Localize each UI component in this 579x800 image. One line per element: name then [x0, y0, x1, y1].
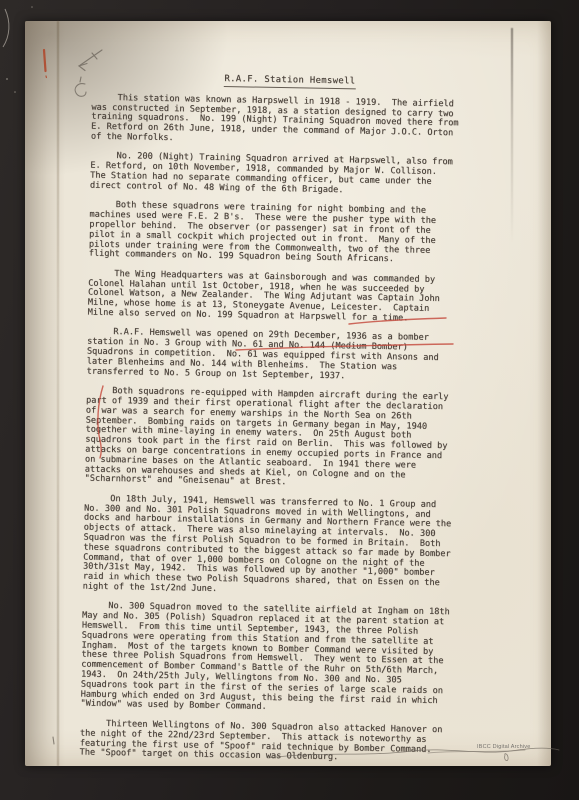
left-fold-crease [57, 21, 59, 766]
document-paragraph: No. 200 (Night) Training Squadron arrive… [90, 152, 463, 198]
typewritten-content: R.A.F. Station Hemswell This station was… [79, 73, 464, 775]
mount-speck [6, 78, 8, 80]
mount-speck [31, 6, 33, 8]
page-title: R.A.F. Station Hemswell [224, 75, 355, 89]
document-paragraph: Thirteen Wellingtons of No. 300 Squadron… [79, 719, 452, 765]
document-page: R.A.F. Station Hemswell This station was… [25, 21, 551, 766]
document-paragraph: This station was known as Harpswell in 1… [91, 93, 464, 149]
document-paragraph: The Wing Headquarters was at Gainsboroug… [88, 269, 461, 325]
scanned-document-photo: { "doc": { "title": "R.A.F. Station Hems… [0, 0, 579, 800]
document-paragraph: No. 300 Squadron moved to the satellite … [80, 602, 454, 717]
document-paragraph: On 18th July, 1941, Hemswell was transfe… [83, 494, 457, 599]
right-edge-shadow [537, 21, 551, 766]
right-fold-crease [511, 28, 513, 243]
left-edge-shadow [25, 21, 65, 766]
document-paragraph: Both squadrons re-equipped with Hampden … [84, 387, 458, 492]
document-paragraph: Both these squadrons were training for n… [89, 201, 462, 267]
mount-scratch [3, 9, 9, 47]
watermark-text: IBCC Digital Archive [477, 744, 531, 750]
document-paragraph: R.A.F. Hemswell was opened on 29th Decem… [86, 328, 459, 384]
title-row: R.A.F. Station Hemswell [104, 73, 476, 92]
mount-speck [14, 91, 16, 93]
